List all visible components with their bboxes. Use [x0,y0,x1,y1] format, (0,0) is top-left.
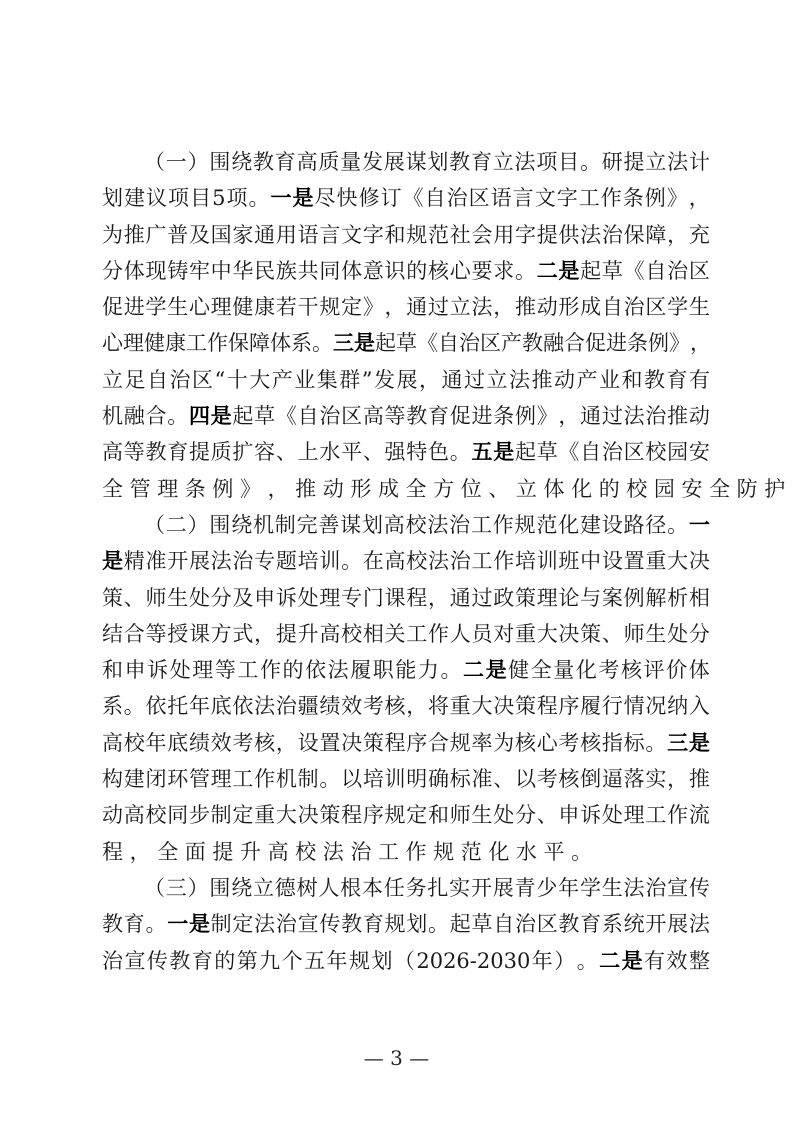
bold-text: 是 [102,543,123,579]
body-text: 核 [428,253,449,289]
body-text: 进 [471,398,492,434]
body-text: 实 [645,761,666,797]
body-text: 价 [666,652,687,688]
body-text: 流 [689,797,710,833]
body-text: 识 [385,253,406,289]
text-line: 全管理条例》，推动形成全方位、立体化的校园安全防护网络。 [102,471,710,507]
heading-text: 校 [406,507,427,543]
body-text: 治 [459,325,480,361]
body-text: 治 [602,217,623,253]
body-text: 大 [249,362,270,398]
bold-text: 二 [463,652,484,688]
body-text: 教 [644,362,665,398]
heading-text: 学 [580,870,601,906]
body-text: 校 [341,616,362,652]
body-text: 。 [124,688,145,724]
body-text: 家 [232,217,253,253]
text-line: 是精准开展法治专题培训。在高校法治工作培训班中设置重大决 [102,543,710,579]
body-text: 通 [406,289,427,325]
body-text: 的 [406,253,427,289]
body-text: 、 [488,471,509,507]
body-text: 动 [323,471,344,507]
heading-text: 化 [558,507,579,543]
body-text: 字 [515,217,536,253]
body-text: 上 [298,434,319,470]
body-text: 草 [254,398,275,434]
body-text: 区 [469,180,490,216]
body-text: 管 [189,761,210,797]
body-text: 通 [580,398,601,434]
body-text: 及 [189,217,210,253]
body-text: 考 [537,761,558,797]
text-line: 分体现铸牢中华民族共同体意识的核心要求。二是起草《自治区 [102,253,710,289]
text-line: 高等教育提质扩容、上水平、强特色。五是起草《自治区校园安 [102,434,710,470]
bold-text: 是 [486,652,507,688]
body-text: 等 [145,616,166,652]
body-text: 理 [157,471,178,507]
bold-text: 二 [599,943,620,979]
body-text: 同 [167,797,188,833]
body-text: 分 [211,580,232,616]
body-text: 化 [488,834,509,870]
body-text: 相 [363,616,384,652]
heading-text: 一 [166,144,187,180]
body-text: 族 [276,253,297,289]
body-text: 履 [580,688,601,724]
body-text: 大 [276,797,297,833]
heading-text: 谋 [406,144,427,180]
heading-text: 三 [166,870,187,906]
body-text: 标 [624,725,645,761]
body-text: 法 [254,688,275,724]
heading-text: 根 [340,870,361,906]
document-page: （一）围绕教育高质量发展谋划教育立法项目。研提立法计划建议项目5项。一是尽快修订… [0,0,793,1122]
body-text: 培 [515,543,536,579]
body-text: 系 [602,906,623,942]
body-text: 管 [130,471,151,507]
body-text: 康 [254,289,275,325]
body-text: 案 [602,580,623,616]
bold-text: 是 [354,325,375,361]
text-line: 结合等授课方式，提升高校相关工作人员对重大决策、师生处分 [102,616,710,652]
body-text: ， [268,471,289,507]
heading-text: 径 [645,507,666,543]
body-text: 推 [689,761,710,797]
body-text: 依 [145,688,166,724]
body-text: 心 [450,253,471,289]
bold-text: 四 [189,398,210,434]
body-text: 规 [349,943,370,979]
body-text: ， [130,834,151,870]
body-text: 法 [323,834,344,870]
heading-text: 开 [471,870,492,906]
body-text: 效 [341,688,362,724]
body-text: 诉 [147,652,168,688]
body-text: 生 [167,580,188,616]
body-text: 校 [406,543,427,579]
body-text: 确 [428,761,449,797]
body-text: 分 [515,797,536,833]
heading-text: 立 [253,870,274,906]
body-text: 理 [319,580,340,616]
body-text: （ [394,943,415,979]
body-text: ， [689,180,710,216]
body-text: 规 [450,725,471,761]
body-text: 色 [428,434,449,470]
body-text: 起 [232,398,253,434]
body-text: 师 [145,580,166,616]
body-text: 5 [212,180,225,216]
body-text: 划 [371,943,392,979]
body-text: 大 [667,543,688,579]
heading-text: 育 [275,144,296,180]
text-line: 高校年底绩效考核，设置决策程序合规率为核心考核指标。三是 [102,725,710,761]
body-text: 。 [571,834,592,870]
body-text: 防 [737,471,758,507]
body-text: 、 [493,761,514,797]
body-text: 推 [515,289,536,325]
body-text: 大 [537,616,558,652]
body-text: 评 [644,652,665,688]
body-text: 程 [341,797,362,833]
body-text: 订 [381,180,402,216]
body-text: 民 [254,253,275,289]
body-text: 处 [667,616,688,652]
text-line: 动高校同步制定重大决策程序规定和师生处分、申诉处理工作流 [102,797,710,833]
body-text: 产 [577,362,598,398]
body-text: 安 [689,434,710,470]
body-text: 成 [580,289,601,325]
body-text: ， [276,725,297,761]
body-text: 人 [450,616,471,652]
heading-text: 人 [318,870,339,906]
body-text: 体 [124,253,145,289]
body-text: 育 [428,398,449,434]
heading-text: 工 [471,507,492,543]
heading-text: 法 [515,144,536,180]
body-text: 工 [579,180,600,216]
body-text: 班 [558,543,579,579]
body-text: 》 [537,398,558,434]
body-text: 规 [385,906,406,942]
body-text: 统 [624,906,645,942]
body-text: 个 [282,943,303,979]
body-text: 核 [385,688,406,724]
body-text: 工 [232,761,253,797]
body-text: 社 [450,217,471,253]
body-text: 中 [580,543,601,579]
body-text: 合 [145,398,166,434]
body-text: 促 [450,398,471,434]
body-text: 草 [396,325,417,361]
heading-text: 本 [362,870,383,906]
heading-text: 质 [318,144,339,180]
body-text: 推 [532,362,553,398]
body-text: 倒 [580,761,601,797]
body-text: 理 [192,652,213,688]
body-text: 治 [232,543,253,579]
body-text: 定 [406,797,427,833]
body-text: 文 [535,180,556,216]
body-text: 展 [397,362,418,398]
body-text: 例 [515,398,536,434]
body-text: 自 [298,398,319,434]
body-text: 以 [341,761,362,797]
body-text: 传 [319,906,340,942]
bold-text: 是 [558,253,579,289]
body-text: 理 [624,797,645,833]
heading-text: 绕 [231,870,252,906]
body-text: 目 [190,180,211,216]
body-text: 扩 [232,434,253,470]
body-text: 面 [185,834,206,870]
heading-text: 绕 [231,507,252,543]
body-text: 培 [363,761,384,797]
body-text: 保 [624,217,645,253]
heading-text: ） [188,870,209,906]
body-text: 定 [232,797,253,833]
body-text: 。 [428,906,449,942]
body-text: 健 [508,652,529,688]
heading-text: （ [144,507,165,543]
body-text: 草 [602,253,623,289]
body-text: 的 [283,652,304,688]
body-text: 教 [406,398,427,434]
body-text: 校 [626,471,647,507]
body-text: 疆 [298,688,319,724]
body-text: 推 [667,398,688,434]
body-text: 课 [385,580,406,616]
body-text: 计 [689,144,710,180]
body-text: 托 [167,688,188,724]
heading-text: 谋 [340,507,361,543]
body-text: 整 [689,943,710,979]
heading-text: 立 [493,144,514,180]
body-text: 处 [493,797,514,833]
body-text: 法 [667,144,688,180]
body-text: 制 [298,761,319,797]
heading-text: ） [188,144,209,180]
body-text: 划 [406,906,427,942]
body-text: 育 [363,906,384,942]
body-text: 制 [211,797,232,833]
body-text: 、 [602,616,623,652]
body-text: 国 [211,217,232,253]
body-text: 例 [212,471,233,507]
body-text: 闭 [145,761,166,797]
body-text: 学 [145,289,166,325]
body-text: 学 [667,289,688,325]
document-body: （一）围绕教育高质量发展谋划教育立法项目。研提立法计划建议项目5项。一是尽快修订… [102,144,710,979]
heading-text: 制 [275,507,296,543]
body-text: 理 [537,580,558,616]
body-text: 决 [493,688,514,724]
body-text: 自 [493,906,514,942]
body-text: 处 [602,797,623,833]
body-text: 方 [433,471,454,507]
body-text: 健 [144,325,165,361]
body-text: 语 [491,180,512,216]
body-text: 效 [667,943,688,979]
body-text: 康 [165,325,186,361]
body-text: 议 [146,180,167,216]
text-line: 促进学生心理健康若干规定》，通过立法，推动形成自治区学生 [102,289,710,325]
body-text: 机 [276,761,297,797]
body-text: 程 [537,688,558,724]
body-text: 水 [319,434,340,470]
body-text: 字 [557,180,578,216]
body-text: 高 [268,834,289,870]
body-text: 快 [337,180,358,216]
body-text: 推 [124,217,145,253]
body-text: 底 [211,688,232,724]
body-text: 育 [580,906,601,942]
bold-text: 一 [167,906,188,942]
body-text: 训 [319,543,340,579]
heading-text: 围 [209,507,230,543]
body-text: 言 [513,180,534,216]
bold-text: 是 [689,725,710,761]
body-text: 展 [189,543,210,579]
body-text: 自 [602,289,623,325]
body-text: 和 [622,362,643,398]
text-line: 和申诉处理等工作的依法履职能力。二是健全量化考核评价体 [102,652,710,688]
body-text: 申 [125,652,146,688]
text-line: 为推广普及国家通用语言文字和规范社会用字提供法治保障，充 [102,217,710,253]
body-text: 式 [232,616,253,652]
body-text: 心 [102,325,123,361]
body-text: 策 [580,616,601,652]
body-text: 理 [211,761,232,797]
body-text: 生 [645,616,666,652]
body-text: 》 [669,325,690,361]
body-text: 高 [102,725,123,761]
body-text: 起 [375,325,396,361]
body-text: 析 [667,580,688,616]
bold-text: 二 [537,253,558,289]
body-text: 准 [471,761,492,797]
body-text: 与 [580,580,601,616]
body-text: 策 [515,688,536,724]
body-text: 治 [450,543,471,579]
body-text: 对 [493,616,514,652]
body-text: ， [558,398,579,434]
body-text: 处 [170,652,191,688]
body-text: ， [690,325,711,361]
body-text: 考 [232,725,253,761]
body-text: 生 [167,289,188,325]
body-text: 健 [232,289,253,325]
body-text: 合 [124,616,145,652]
heading-text: 目 [558,144,579,180]
heading-text: 实 [449,870,470,906]
body-text: 修 [359,180,380,216]
body-text: 方 [211,616,232,652]
body-text: 法 [689,906,710,942]
body-text: 规 [406,217,427,253]
body-text: 工 [645,797,666,833]
body-text: 立 [516,471,537,507]
body-text: 授 [167,616,188,652]
body-text: 通 [442,362,463,398]
body-text: 要 [471,253,492,289]
body-text: 教 [169,943,190,979]
body-text: 决 [298,797,319,833]
body-text: 序 [363,797,384,833]
heading-text: 。 [667,507,688,543]
body-text: ， [419,362,440,398]
body-text: 职 [373,652,394,688]
body-text: 华 [232,253,253,289]
body-text: 共 [298,253,319,289]
heading-text: 高 [384,507,405,543]
body-text: 化 [576,652,597,688]
heading-text: 围 [209,870,230,906]
body-text: 园 [654,471,675,507]
body-text: 文 [341,217,362,253]
body-text: 区 [537,906,558,942]
body-text: 重 [645,543,666,579]
heading-text: 生 [602,870,623,906]
body-text: 自 [438,325,459,361]
body-text: 普 [167,217,188,253]
body-text: 和 [385,217,406,253]
text-line: （二）围绕机制完善谋划高校法治工作规范化建设路径。一 [102,507,710,543]
body-text: 特 [406,434,427,470]
body-text: 》 [667,180,688,216]
body-text: 校 [124,725,145,761]
body-text: 依 [305,652,326,688]
body-text: 治 [170,362,191,398]
body-text: 业 [599,362,620,398]
body-text: 指 [602,725,623,761]
body-text: 率 [471,725,492,761]
body-text: 高 [319,616,340,652]
body-text: 教 [145,434,166,470]
body-text: 政 [493,580,514,616]
text-line: 策、师生处分及申诉处理专门课程，通过政策理论与案例解析相 [102,580,710,616]
body-text: 构 [102,761,123,797]
body-text: 分 [689,616,710,652]
body-text: 提 [189,434,210,470]
body-text: 申 [558,797,579,833]
heading-text: 设 [602,507,623,543]
body-text: 策 [515,580,536,616]
bold-text: 五 [471,434,492,470]
body-text: 牢 [189,253,210,289]
body-text: 生 [689,289,710,325]
body-text: 草 [471,906,492,942]
body-text: 履 [350,652,371,688]
body-text: 高 [363,398,384,434]
body-text: 草 [537,434,558,470]
body-text: 纳 [667,688,688,724]
body-text: 例 [645,180,666,216]
body-text: 语 [298,217,319,253]
body-text: 》 [240,471,261,507]
body-text: 员 [471,616,492,652]
heading-text: 扎 [427,870,448,906]
text-line: 治宣传教育的第九个五年规划（2026-2030年）。二是有效整 [102,943,710,979]
body-text: 条 [493,398,514,434]
body-text: 校 [645,434,666,470]
bold-text: 三 [333,325,354,361]
body-text: 铸 [167,253,188,289]
body-text: 策 [319,797,340,833]
body-text: 治 [350,834,371,870]
body-text: 大 [471,688,492,724]
body-text: 动 [537,289,558,325]
